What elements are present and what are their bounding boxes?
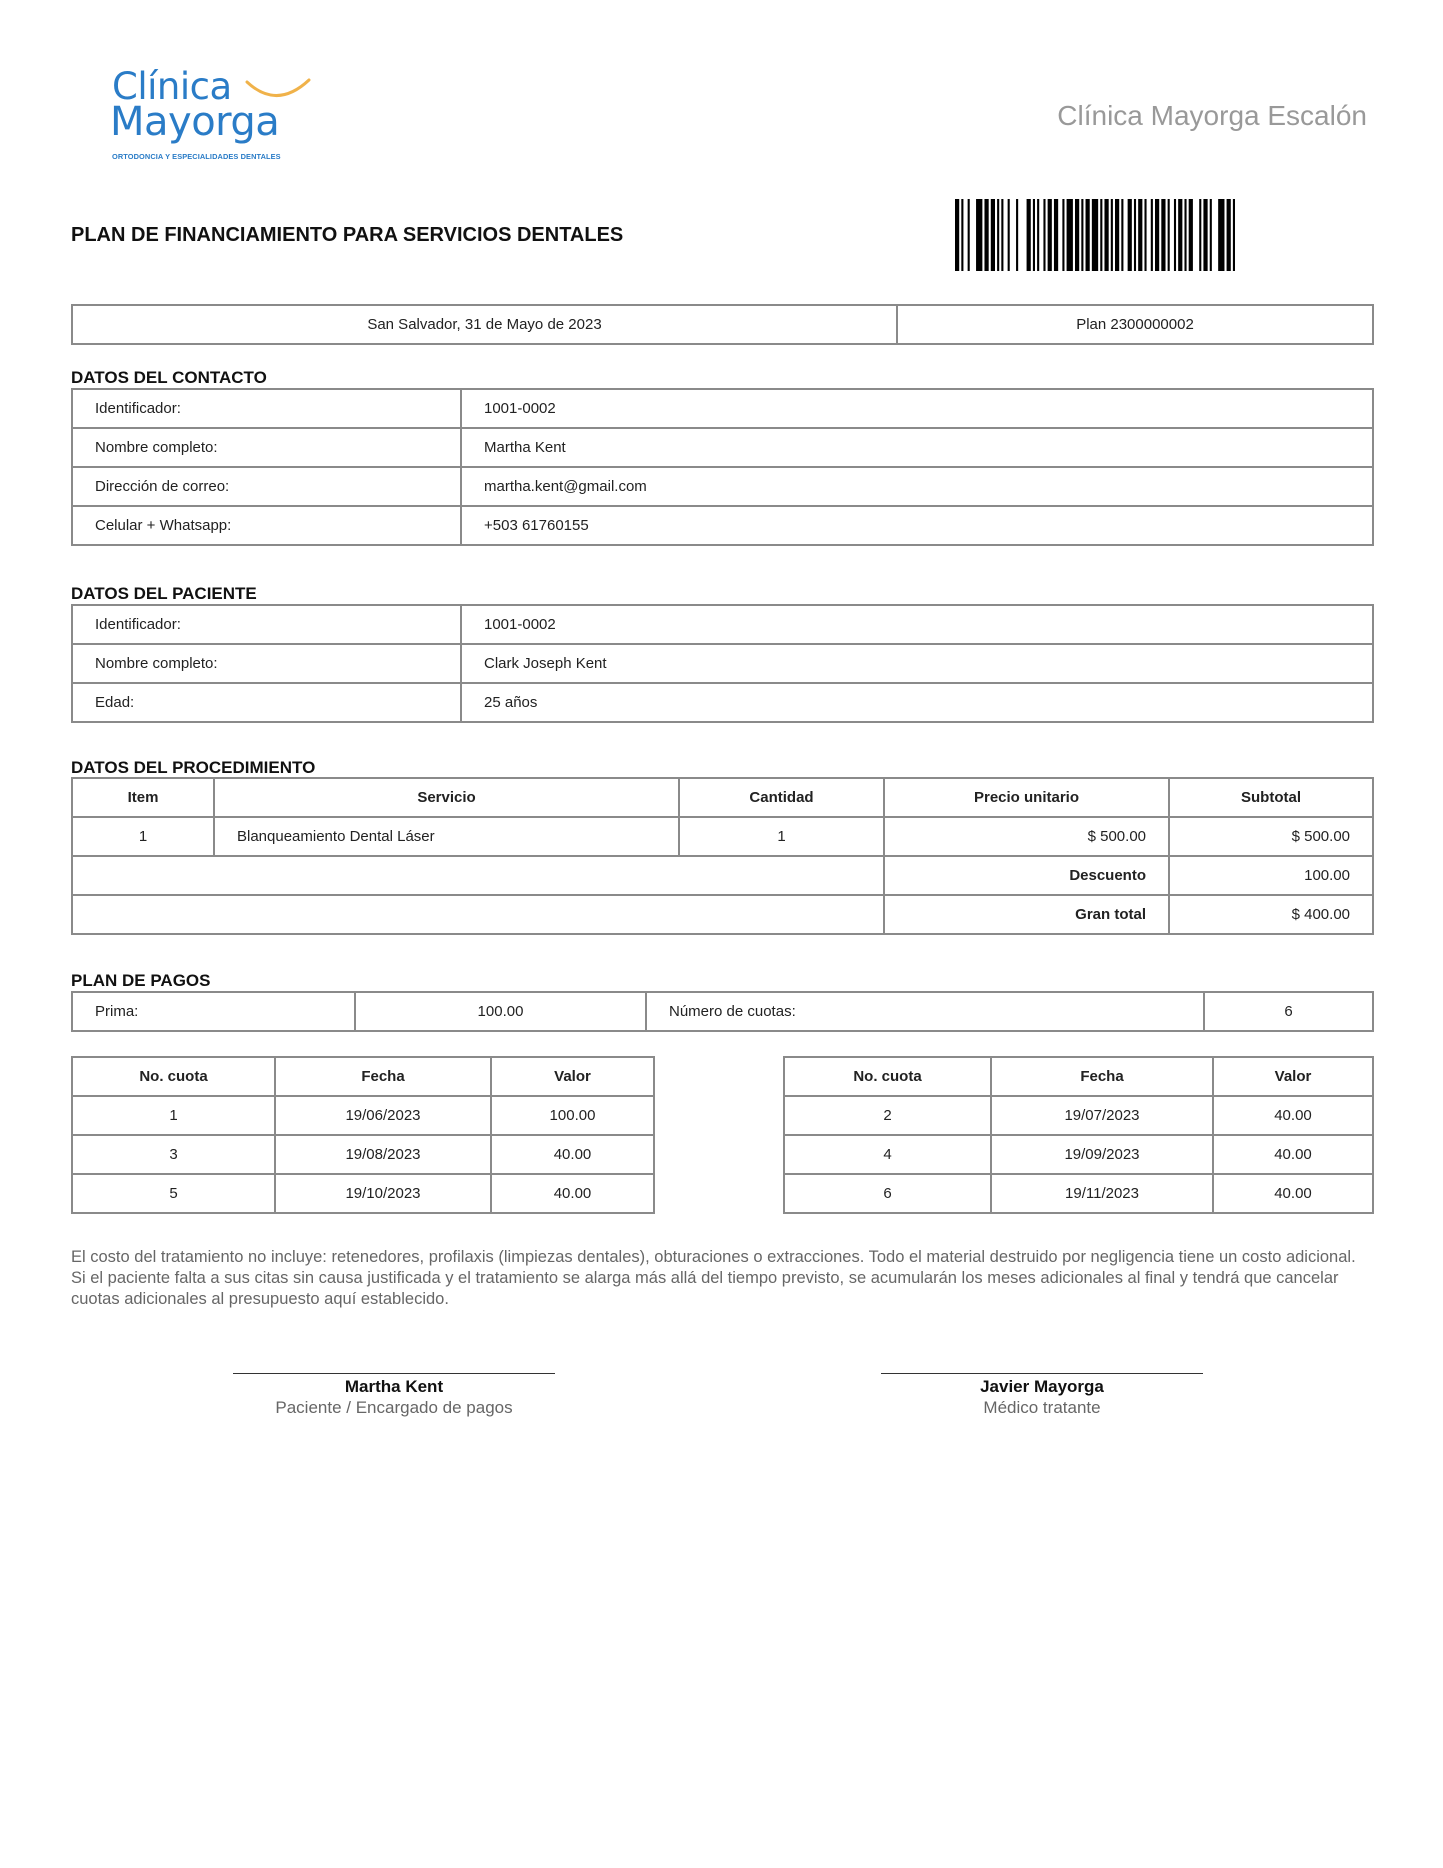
clinic-branch-name: Clínica Mayorga Escalón <box>1057 100 1367 132</box>
table-row: 2 19/07/2023 40.00 <box>784 1096 1373 1135</box>
installment-amount: 100.00 <box>491 1096 654 1135</box>
column-header-item: Item <box>72 778 214 817</box>
table-row: Identificador: 1001-0002 <box>72 605 1373 644</box>
installment-amount: 40.00 <box>1213 1174 1373 1213</box>
installment-date: 19/07/2023 <box>991 1096 1213 1135</box>
logo-text-line2: Mayorga <box>110 102 279 142</box>
item-unit-price: $ 500.00 <box>884 817 1169 856</box>
installment-date: 19/11/2023 <box>991 1174 1213 1213</box>
signature-line <box>881 1373 1203 1374</box>
item-subtotal: $ 500.00 <box>1169 817 1373 856</box>
field-value: Clark Joseph Kent <box>461 644 1373 683</box>
signature-name: Martha Kent <box>229 1376 559 1397</box>
disclaimer-text: El costo del tratamiento no incluye: ret… <box>71 1247 1371 1310</box>
document-title: PLAN DE FINANCIAMIENTO PARA SERVICIOS DE… <box>71 224 623 247</box>
installment-date: 19/10/2023 <box>275 1174 491 1213</box>
column-header-precio: Precio unitario <box>884 778 1169 817</box>
prima-label: Prima: <box>72 992 355 1031</box>
signature-block-patient: Martha Kent Paciente / Encargado de pago… <box>229 1373 559 1419</box>
table-row: 5 19/10/2023 40.00 <box>72 1174 654 1213</box>
section-title-paciente: DATOS DEL PACIENTE <box>71 584 257 604</box>
signature-role: Paciente / Encargado de pagos <box>229 1397 559 1419</box>
installment-amount: 40.00 <box>1213 1135 1373 1174</box>
field-label: Nombre completo: <box>72 428 461 467</box>
procedure-table: Item Servicio Cantidad Precio unitario S… <box>71 777 1374 935</box>
field-value: 1001-0002 <box>461 605 1373 644</box>
table-row: 6 19/11/2023 40.00 <box>784 1174 1373 1213</box>
signature-name: Javier Mayorga <box>877 1376 1207 1397</box>
clinic-logo: Clínica Mayorga ORTODONCIA Y ESPECIALIDA… <box>108 66 318 170</box>
installments-table-left: No. cuota Fecha Valor 1 19/06/2023 100.0… <box>71 1056 655 1214</box>
column-header-cantidad: Cantidad <box>679 778 884 817</box>
installment-number: 3 <box>72 1135 275 1174</box>
discount-label: Descuento <box>884 856 1169 895</box>
column-header-fecha: Fecha <box>275 1057 491 1096</box>
table-row: Nombre completo: Clark Joseph Kent <box>72 644 1373 683</box>
installment-amount: 40.00 <box>491 1135 654 1174</box>
grand-total-value: $ 400.00 <box>1169 895 1373 934</box>
cuotas-label: Número de cuotas: <box>646 992 1204 1031</box>
table-header-row: Item Servicio Cantidad Precio unitario S… <box>72 778 1373 817</box>
field-label: Nombre completo: <box>72 644 461 683</box>
grand-total-label: Gran total <box>884 895 1169 934</box>
plan-number: Plan 2300000002 <box>897 305 1373 344</box>
cuotas-value: 6 <box>1204 992 1373 1031</box>
installment-date: 19/06/2023 <box>275 1096 491 1135</box>
table-row: Edad: 25 años <box>72 683 1373 722</box>
table-row: Celular + Whatsapp: +503 61760155 <box>72 506 1373 545</box>
field-value: +503 61760155 <box>461 506 1373 545</box>
table-row: 1 Blanqueamiento Dental Láser 1 $ 500.00… <box>72 817 1373 856</box>
column-header-no-cuota: No. cuota <box>72 1057 275 1096</box>
patient-table: Identificador: 1001-0002 Nombre completo… <box>71 604 1374 723</box>
field-value: 25 años <box>461 683 1373 722</box>
payment-summary-table: Prima: 100.00 Número de cuotas: 6 <box>71 991 1374 1032</box>
installment-date: 19/08/2023 <box>275 1135 491 1174</box>
installments-table-right: No. cuota Fecha Valor 2 19/07/2023 40.00… <box>783 1056 1374 1214</box>
field-value: Martha Kent <box>461 428 1373 467</box>
table-row: Identificador: 1001-0002 <box>72 389 1373 428</box>
field-value: 1001-0002 <box>461 389 1373 428</box>
column-header-valor: Valor <box>491 1057 654 1096</box>
table-header-row: No. cuota Fecha Valor <box>784 1057 1373 1096</box>
installment-number: 4 <box>784 1135 991 1174</box>
table-row: Dirección de correo: martha.kent@gmail.c… <box>72 467 1373 506</box>
column-header-servicio: Servicio <box>214 778 679 817</box>
installment-number: 6 <box>784 1174 991 1213</box>
item-service: Blanqueamiento Dental Láser <box>214 817 679 856</box>
discount-value: 100.00 <box>1169 856 1373 895</box>
installment-date: 19/09/2023 <box>991 1135 1213 1174</box>
signature-block-doctor: Javier Mayorga Médico tratante <box>877 1373 1207 1419</box>
signature-role: Médico tratante <box>877 1397 1207 1419</box>
field-label: Dirección de correo: <box>72 467 461 506</box>
signature-line <box>233 1373 555 1374</box>
barcode-icon <box>955 199 1235 271</box>
column-header-no-cuota: No. cuota <box>784 1057 991 1096</box>
field-label: Identificador: <box>72 389 461 428</box>
total-row: Gran total $ 400.00 <box>72 895 1373 934</box>
column-header-fecha: Fecha <box>991 1057 1213 1096</box>
section-title-contacto: DATOS DEL CONTACTO <box>71 368 267 388</box>
logo-tagline: ORTODONCIA Y ESPECIALIDADES DENTALES <box>112 152 281 161</box>
column-header-valor: Valor <box>1213 1057 1373 1096</box>
prima-value: 100.00 <box>355 992 646 1031</box>
field-label: Edad: <box>72 683 461 722</box>
field-label: Identificador: <box>72 605 461 644</box>
installment-amount: 40.00 <box>491 1174 654 1213</box>
column-header-subtotal: Subtotal <box>1169 778 1373 817</box>
contact-table: Identificador: 1001-0002 Nombre completo… <box>71 388 1374 546</box>
field-value: martha.kent@gmail.com <box>461 467 1373 506</box>
section-title-pagos: PLAN DE PAGOS <box>71 971 210 991</box>
place-date: San Salvador, 31 de Mayo de 2023 <box>72 305 897 344</box>
date-plan-table: San Salvador, 31 de Mayo de 2023 Plan 23… <box>71 304 1374 345</box>
table-row: 4 19/09/2023 40.00 <box>784 1135 1373 1174</box>
table-row: Nombre completo: Martha Kent <box>72 428 1373 467</box>
discount-row: Descuento 100.00 <box>72 856 1373 895</box>
field-label: Celular + Whatsapp: <box>72 506 461 545</box>
item-number: 1 <box>72 817 214 856</box>
table-row: 3 19/08/2023 40.00 <box>72 1135 654 1174</box>
installment-number: 5 <box>72 1174 275 1213</box>
table-header-row: No. cuota Fecha Valor <box>72 1057 654 1096</box>
item-quantity: 1 <box>679 817 884 856</box>
section-title-procedimiento: DATOS DEL PROCEDIMIENTO <box>71 758 315 778</box>
installment-amount: 40.00 <box>1213 1096 1373 1135</box>
table-row: 1 19/06/2023 100.00 <box>72 1096 654 1135</box>
installment-number: 2 <box>784 1096 991 1135</box>
installment-number: 1 <box>72 1096 275 1135</box>
